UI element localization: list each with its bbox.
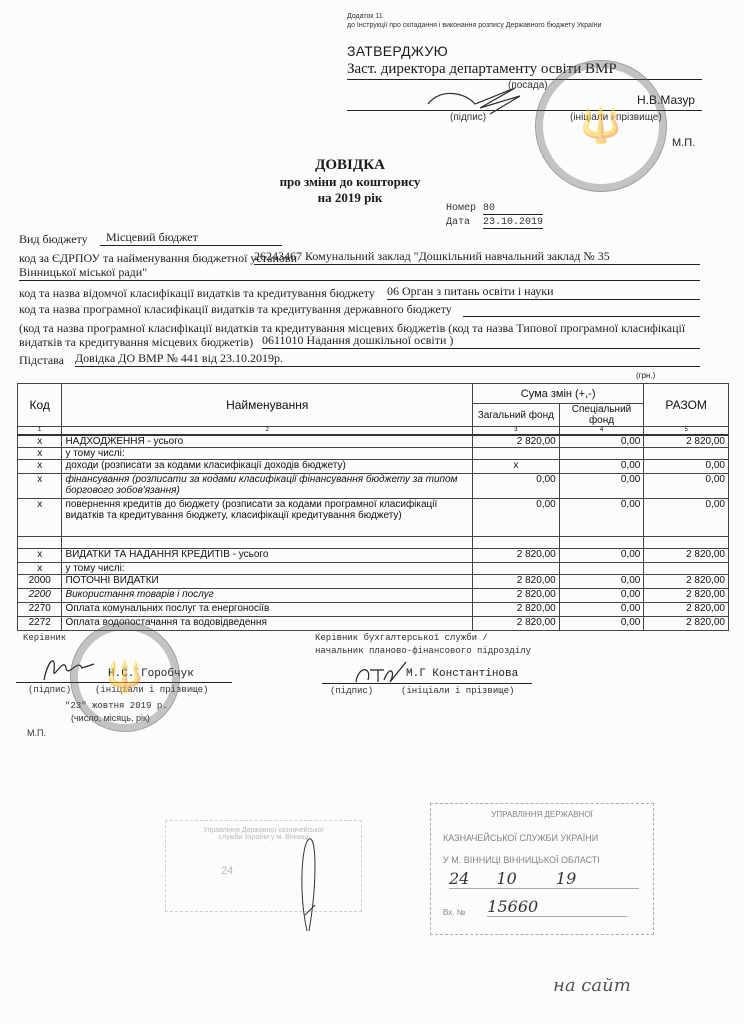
column-number: 5 [644, 427, 729, 436]
faded-treasury-stamp: Управління Державної казначейської служб… [165, 820, 362, 912]
cell-total [644, 537, 729, 549]
cell-total: 2 820,00 [644, 549, 729, 563]
head-round-seal-icon: 🔱 [70, 622, 180, 732]
document-title: ДОВІДКА про зміни до кошторису на 2019 р… [270, 157, 430, 206]
cell-total: 0,00 [644, 460, 729, 474]
accountant-name-caption: (ініціали і прізвище) [401, 686, 514, 696]
cell-name: ВИДАТКИ ТА НАДАННЯ КРЕДИТІВ - усього [62, 549, 473, 563]
cell-general: 2 820,00 [472, 617, 559, 631]
state-prog-value [463, 302, 700, 317]
table-body: хНАДХОДЖЕННЯ - усього2 820,000,002 820,0… [18, 435, 729, 631]
state-prog-label: код та назва програмної класифікації вид… [19, 302, 452, 317]
accountant-label-line-2: начальник планово-фінансового підрозділу [315, 646, 531, 656]
cell-general: 2 820,00 [472, 589, 559, 603]
header-special-fund: Спеціальний фонд [559, 404, 644, 427]
faded-stamp-signature-icon [295, 835, 325, 935]
cell-general: 0,00 [472, 499, 559, 537]
cell-total: 2 820,00 [644, 589, 729, 603]
cell-name: Використання товарів і послуг [62, 589, 473, 603]
cell-total [644, 448, 729, 460]
date-value: 23.10.2019 [483, 217, 543, 229]
budget-type-label: Вид бюджету [19, 232, 88, 247]
cell-special: 0,00 [559, 617, 644, 631]
cell-name: НАДХОДЖЕННЯ - усього [62, 435, 473, 448]
cell-special: 0,00 [559, 435, 644, 448]
cell-special: 0,00 [559, 499, 644, 537]
header-name: Найменування [62, 384, 473, 427]
cell-name: Оплата комунальних послуг та енергоносії… [62, 603, 473, 617]
table-row: хНАДХОДЖЕННЯ - усього2 820,000,002 820,0… [18, 435, 729, 448]
cell-general [472, 563, 559, 575]
dept-class-label: код та назва відомчої класифікації видат… [19, 286, 375, 301]
column-number: 2 [62, 427, 473, 436]
faded-stamp-date: 24 [221, 865, 361, 877]
approve-word: ЗАТВЕРДЖУЮ [347, 43, 448, 59]
appendix-caption: Додаток 11 до Інструкції про складання і… [347, 12, 602, 30]
cell-name: у тому числі: [62, 448, 473, 460]
number-value: 80 [483, 203, 543, 215]
edrpou-value-line-2: Вінницької міської ради" [19, 265, 700, 281]
cell-general [472, 537, 559, 549]
cell-total [644, 563, 729, 575]
cell-total: 2 820,00 [644, 617, 729, 631]
cell-code: 2270 [18, 603, 62, 617]
head-signature-caption: (підпис) [28, 685, 71, 695]
cell-total: 2 820,00 [644, 603, 729, 617]
cell-total: 0,00 [644, 474, 729, 499]
number-label: Номер [446, 203, 476, 214]
cell-total: 2 820,00 [644, 435, 729, 448]
local-prog-value: 0611010 Надання дошкільної освіти ) [262, 333, 700, 349]
treasury-year: 19 [556, 869, 576, 888]
dept-class-value: 06 Орган з питань освіти і науки [387, 284, 700, 300]
changes-table: Код Найменування Сума змін (+,-) РАЗОМ З… [17, 383, 729, 631]
approver-position: Заст. директора департаменту освіти ВМР [347, 61, 702, 80]
cell-code [18, 537, 62, 549]
table-row: хВИДАТКИ ТА НАДАННЯ КРЕДИТІВ - усього2 8… [18, 549, 729, 563]
treasury-stamp-date: 24 10 19 [449, 869, 639, 889]
cell-special: 0,00 [559, 603, 644, 617]
cell-code: х [18, 563, 62, 575]
table-row: ху тому числі: [18, 448, 729, 460]
cell-special [559, 563, 644, 575]
treasury-reg-row: Вх. № 15660 [443, 897, 653, 917]
table-row: ху тому числі: [18, 563, 729, 575]
faded-stamp-line-1: Управління Державної казначейської [166, 827, 361, 834]
cell-code: х [18, 460, 62, 474]
cell-general: 2 820,00 [472, 575, 559, 589]
accountant-name: М.Г Константінова [406, 668, 518, 680]
treasury-reg-number: 15660 [487, 897, 627, 917]
table-row [18, 537, 729, 549]
column-numbers-row: 1 2 3 4 5 [18, 427, 729, 436]
approver-seal-label: М.П. [672, 137, 695, 149]
cell-general: 2 820,00 [472, 603, 559, 617]
handwritten-note: на сайт [553, 975, 631, 996]
local-prog-label-line-2: видатків та кредитування місцевих бюджет… [19, 335, 253, 350]
column-number: 1 [18, 427, 62, 436]
cell-total: 2 820,00 [644, 575, 729, 589]
table-row: 2200Використання товарів і послуг2 820,0… [18, 589, 729, 603]
column-number: 4 [559, 427, 644, 436]
accountant-label-line-1: Керівник бухгалтерської служби / [315, 633, 488, 643]
basis-label: Підстава [19, 353, 64, 368]
edrpou-value-line-1: 26243467 Комунальний заклад "Дошкільний … [254, 249, 700, 265]
cell-general [472, 448, 559, 460]
cell-special: 0,00 [559, 575, 644, 589]
cell-general: 2 820,00 [472, 435, 559, 448]
head-label: Керівник [23, 633, 66, 643]
treasury-reg-label: Вх. № [443, 908, 465, 917]
cell-general: х [472, 460, 559, 474]
basis-value: Довідка ДО ВМР № 441 від 23.10.2019р. [75, 351, 700, 367]
column-number: 3 [472, 427, 559, 436]
cell-name: фінансування (розписати за кодами класиф… [62, 474, 473, 499]
table-row: хдоходи (розписати за кодами класифікаці… [18, 460, 729, 474]
trident-icon: 🔱 [580, 106, 622, 146]
table-row: хфінансування (розписати за кодами класи… [18, 474, 729, 499]
header-general-fund: Загальний фонд [472, 404, 559, 427]
header-code: Код [18, 384, 62, 427]
cell-special: 0,00 [559, 549, 644, 563]
cell-name [62, 537, 473, 549]
trident-icon: 🔱 [106, 660, 143, 695]
table-row: хповернення кредитів до бюджету (розписа… [18, 499, 729, 537]
date-label: Дата [446, 217, 470, 228]
cell-special [559, 537, 644, 549]
treasury-registration-stamp: УПРАВЛІННЯ ДЕРЖАВНОЇ КАЗНАЧЕЙСЬКОЇ СЛУЖБ… [430, 803, 654, 935]
cell-code: х [18, 474, 62, 499]
cell-general: 0,00 [472, 474, 559, 499]
cell-code: х [18, 435, 62, 448]
table-row: 2000ПОТОЧНІ ВИДАТКИ2 820,000,002 820,00 [18, 575, 729, 589]
cell-code: 2000 [18, 575, 62, 589]
treasury-day: 24 [449, 869, 469, 888]
currency-unit: (грн.) [636, 371, 655, 380]
cell-special: 0,00 [559, 474, 644, 499]
appendix-line-2: до Інструкції про складання і виконання … [347, 21, 602, 30]
treasury-month: 10 [496, 869, 516, 888]
treasury-stamp-line-2: КАЗНАЧЕЙСЬКОЇ СЛУЖБИ УКРАЇНИ [443, 833, 653, 843]
cell-code: х [18, 499, 62, 537]
appendix-line-1: Додаток 11 [347, 12, 602, 21]
treasury-stamp-line-3: У М. ВІННИЦІ ВІННИЦЬКОЇ ОБЛАСТІ [443, 855, 653, 865]
treasury-stamp-line-1: УПРАВЛІННЯ ДЕРЖАВНОЇ [431, 810, 653, 819]
title-line-2: про зміни до кошторису [270, 174, 430, 190]
header-sum-changes: Сума змін (+,-) [472, 384, 643, 404]
cell-code: х [18, 549, 62, 563]
cell-name: ПОТОЧНІ ВИДАТКИ [62, 575, 473, 589]
cell-total: 0,00 [644, 499, 729, 537]
approver-signature-icon [420, 82, 530, 122]
faded-stamp-line-2: служби України у м. Вінниці [166, 834, 361, 841]
cell-special: 0,00 [559, 460, 644, 474]
cell-code: 2200 [18, 589, 62, 603]
accountant-signature-icon [350, 660, 408, 694]
budget-type-value: Місцевий бюджет [100, 230, 282, 246]
table-row: 2270Оплата комунальних послуг та енергон… [18, 603, 729, 617]
cell-name: у тому числі: [62, 563, 473, 575]
head-seal-label: М.П. [27, 728, 46, 738]
cell-special: 0,00 [559, 589, 644, 603]
cell-code: х [18, 448, 62, 460]
cell-name: доходи (розписати за кодами класифікації… [62, 460, 473, 474]
cell-name: повернення кредитів до бюджету (розписат… [62, 499, 473, 537]
title-line-1: ДОВІДКА [270, 157, 430, 174]
title-line-3: на 2019 рік [270, 190, 430, 206]
header-total: РАЗОМ [644, 384, 729, 427]
cell-special [559, 448, 644, 460]
cell-code: 2272 [18, 617, 62, 631]
cell-general: 2 820,00 [472, 549, 559, 563]
approver-round-seal-icon: 🔱 [535, 60, 667, 192]
